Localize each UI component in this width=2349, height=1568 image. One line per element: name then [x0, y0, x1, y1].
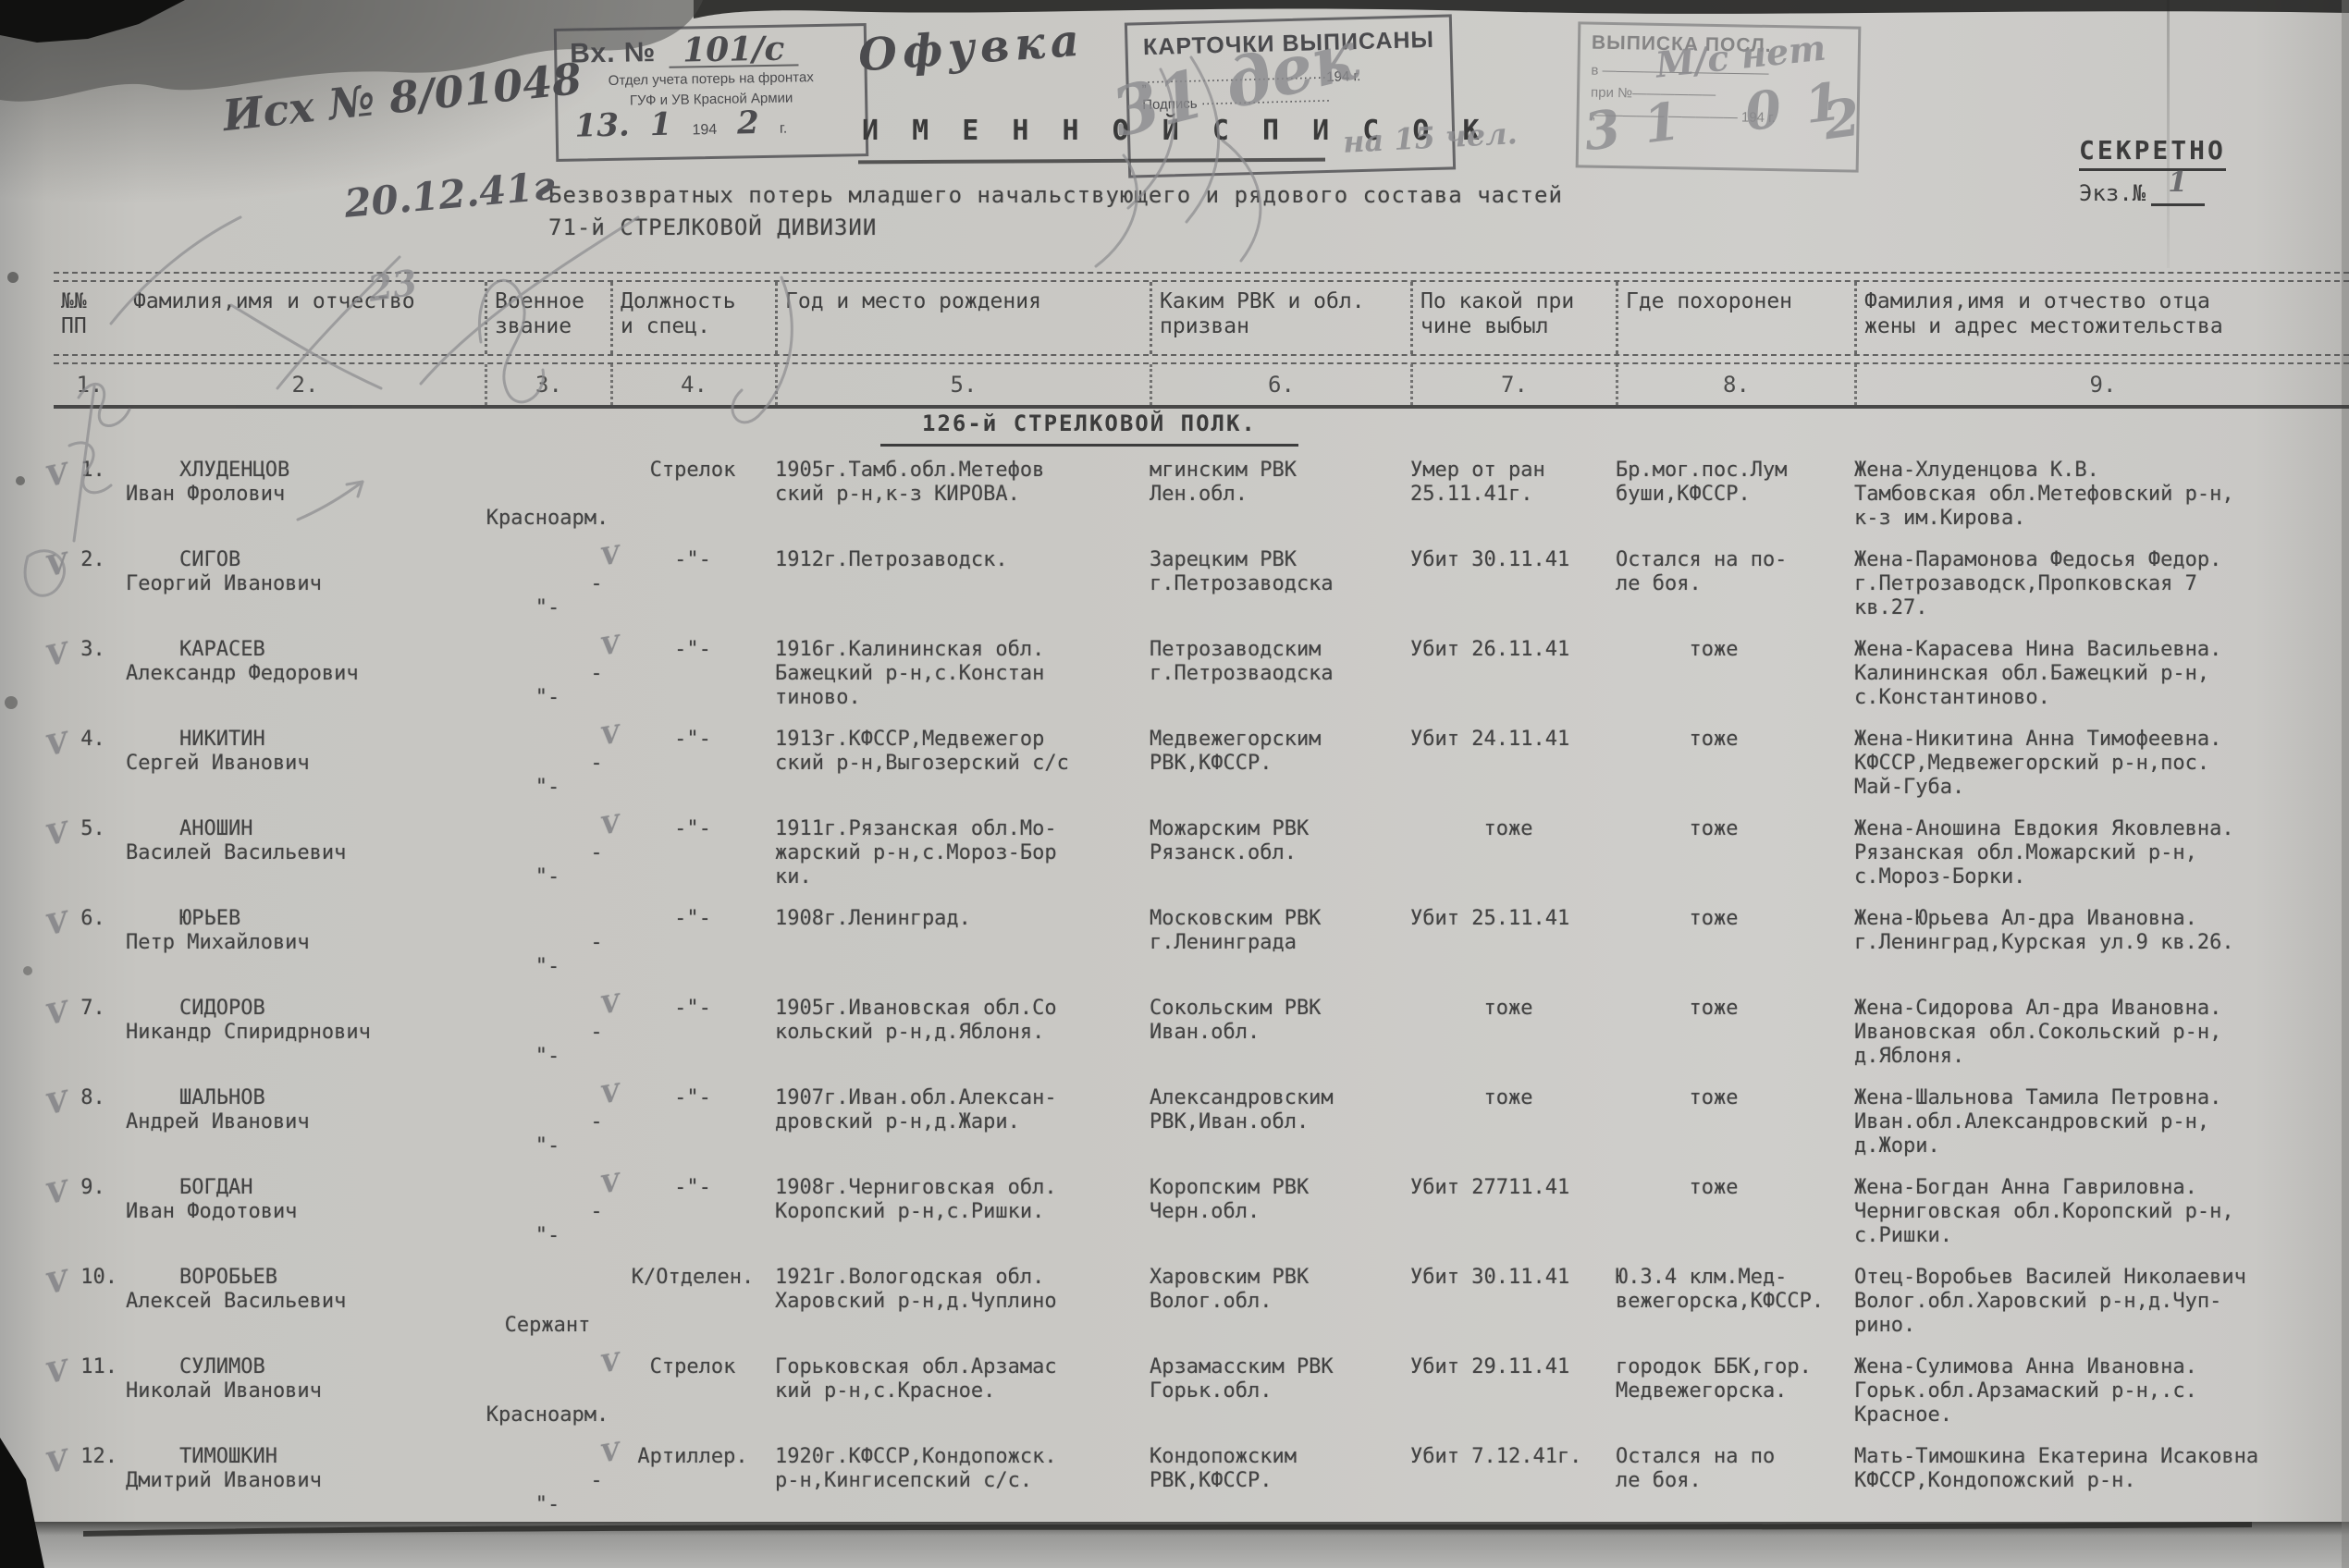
document-title-line1: Безвозвратных потерь младшего начальству…	[548, 182, 1563, 208]
column-number: 8.	[1616, 364, 1854, 405]
incoming-stamp-year-suffix: г.	[780, 121, 788, 138]
incoming-stamp-year: 194	[692, 122, 717, 139]
table-row: V 8. ШАЛЬНОВ Андрей Иванович -"- V -"- 1…	[54, 1086, 2349, 1176]
column-number: 9.	[1854, 364, 2349, 405]
regiment-section-title: 126-й СТРЕЛКОВОЙ ПОЛК.	[880, 410, 1298, 447]
row-rank-text: -"-	[535, 572, 603, 619]
copy-number-label: Экз.№	[2079, 180, 2146, 206]
column-number: 6.	[1150, 364, 1410, 405]
table-row: V 12. ТИМОШКИН Дмитрий Иванович -"- V Ар…	[54, 1445, 2349, 1535]
row-birthplace: 1920г.КФССР,Кондопожск. р-н,Кингисепский…	[775, 1445, 1150, 1565]
row-rank-text: -"-	[535, 1021, 603, 1068]
paper-fold-crease	[2167, 0, 2170, 268]
table-row: V 5. АНОШИН Василей Васильевич -"- V -"-…	[54, 817, 2349, 907]
column-header-rank: Военное звание	[485, 282, 610, 354]
table-row: V 10. ВОРОБЬЕВ Алексей Васильевич Сержан…	[54, 1266, 2349, 1355]
row-rank-text: Красноарм.	[486, 1403, 609, 1427]
table-row: V 6. ЮРЬЕВ Петр Михайлович -"- -"- 1908г…	[54, 907, 2349, 997]
handwritten-header-number-note: 23	[365, 261, 420, 310]
table-row: V 11. СУЛИМОВ Николай Иванович Красноарм…	[54, 1355, 2349, 1445]
table-row: V 2. СИГОВ Георгий Иванович -"- V -"- 19…	[54, 548, 2349, 638]
handwritten-received-month: 1	[649, 111, 671, 139]
incoming-stamp: Вх. № 101/с Отдел учета потерь на фронта…	[554, 23, 868, 162]
scanned-casualty-list-document: Исх № 8/01048 Вх. № 101/с Отдел учета по…	[0, 0, 2349, 1568]
table-row: V 9. БОГДАН Иван Фодотович -"- V -"- 190…	[54, 1176, 2349, 1266]
column-header-birth: Год и место рождения	[775, 282, 1150, 354]
document-title-line2: 71-й СТРЕЛКОВОЙ ДИВИЗИИ	[548, 214, 877, 240]
row-duty: Артиллер.	[610, 1445, 775, 1565]
row-rank: -"- V	[485, 1445, 610, 1565]
row-rank-text: -"-	[535, 1469, 603, 1516]
copy-number-row: Экз.№ 1	[2079, 179, 2205, 206]
column-header-family: Фамилия,имя и отчество отца жены и адрес…	[1854, 282, 2349, 354]
table-row: V 1. ХЛУДЕНЦОВ Иван Фролович Красноарм. …	[54, 459, 2349, 548]
column-number: 3.	[485, 364, 610, 405]
table-header-middle-rule	[54, 354, 2349, 364]
column-header-cause: По какой при чине выбыл	[1410, 282, 1616, 354]
row-name: ТИМОШКИН Дмитрий Иванович	[126, 1445, 485, 1565]
column-header-rvk: Каким РВК и обл. призван	[1150, 282, 1410, 354]
row-family-address: Мать-Тимошкина Екатерина Исаковна КФССР,…	[1854, 1445, 2349, 1565]
column-number: 7.	[1410, 364, 1616, 405]
row-cause-of-loss: Убит 7.12.41г.	[1410, 1445, 1616, 1565]
table-body: V 1. ХЛУДЕНЦОВ Иван Фролович Красноарм. …	[54, 459, 2349, 1535]
row-rank-text: Сержант	[505, 1314, 591, 1337]
column-number: 1.	[54, 364, 126, 405]
column-number: 2.	[126, 364, 485, 405]
row-rank-text: -"-	[535, 1200, 603, 1247]
column-header-name: Фамилия,имя и отчество	[126, 282, 485, 354]
row-rank-text: -"-	[535, 662, 603, 709]
row-rank-text: -"-	[535, 752, 603, 799]
table-row: V 4. НИКИТИН Сергей Иванович -"- V -"- 1…	[54, 728, 2349, 817]
column-header-burial: Где похоронен	[1616, 282, 1854, 354]
column-header-number: №№ ПП	[54, 282, 126, 354]
handwritten-received-year-digit: 2	[737, 109, 759, 137]
handwritten-copy-number: 1	[2168, 166, 2187, 199]
secrecy-label: СЕКРЕТНО	[2079, 135, 2226, 171]
column-number: 4.	[610, 364, 775, 405]
row-rank-text: Красноарм.	[486, 507, 609, 530]
handwritten-incoming-number: 101/с	[669, 32, 799, 67]
row-rank-text: -"-	[535, 931, 603, 978]
copy-number-line: 1	[2151, 179, 2205, 206]
table-row: V 7. СИДОРОВ Никандр Спиридрнович -"- V …	[54, 997, 2349, 1086]
incoming-stamp-label: Вх. №	[570, 37, 657, 70]
handwritten-place-note: Офувка	[856, 15, 1086, 82]
row-burial-place: Остался на по ле боя.	[1616, 1445, 1854, 1565]
handwritten-received-day: 13.	[574, 112, 630, 141]
column-header-duty: Должность и спец.	[610, 282, 775, 354]
table-row: V 3. КАРАСЕВ Александр Федорович -"- V -…	[54, 638, 2349, 728]
row-rank-text: -"-	[535, 841, 603, 888]
row-drafted-by: Кондопожским РВК,КФССР.	[1150, 1445, 1410, 1565]
row-rank-text: -"-	[535, 1110, 603, 1158]
column-number: 5.	[775, 364, 1150, 405]
